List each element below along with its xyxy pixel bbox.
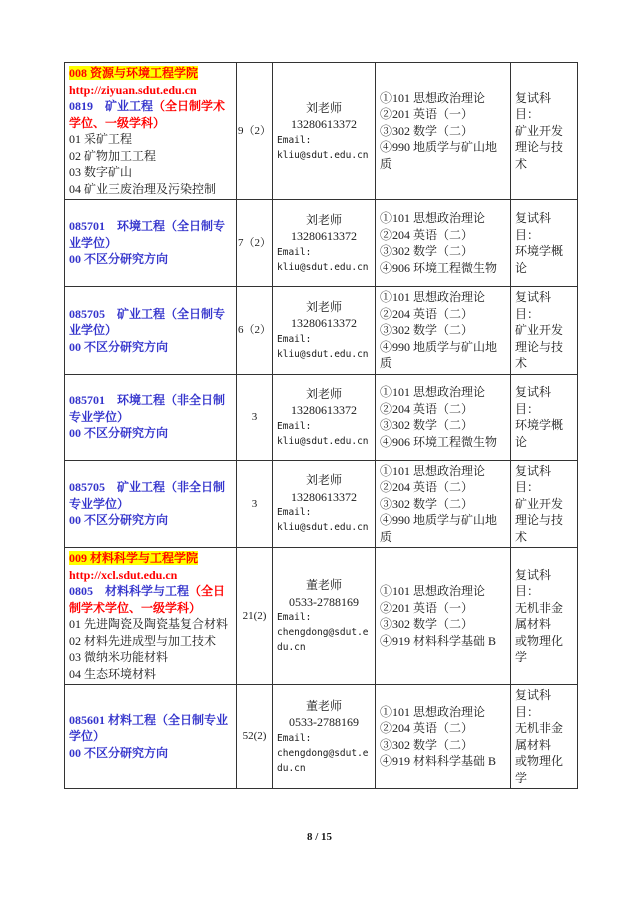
program-title: 085701 环境工程（全日制专业学位） xyxy=(69,218,232,251)
research-direction: 00 不区分研究方向 xyxy=(69,745,232,762)
contact-cell: 刘老师 13280613372 Email: kliu@sdut.edu.cn xyxy=(273,63,376,200)
retest-subject: 矿业开发理论与技术 xyxy=(515,496,573,546)
email-address: kliu@sdut.edu.cn xyxy=(277,434,371,449)
email-label: Email: xyxy=(277,245,371,260)
program-title: 0805 材料科学与工程（全日制学术学位、一级学科） xyxy=(69,583,232,616)
program-cell: 085601 材料工程（全日制专业学位） 00 不区分研究方向 xyxy=(65,685,237,789)
research-direction: 02 材料先进成型与加工技术 xyxy=(69,633,232,650)
exam-subject: ③302 数学（二） xyxy=(380,123,506,140)
contact-phone: 13280613372 xyxy=(277,402,371,419)
retest-subject: 环境学概论 xyxy=(515,243,573,276)
subjects-cell: ①101 思想政治理论 ②201 英语（一） ③302 数学（二） ④919 材… xyxy=(376,548,511,685)
exam-subject: ④990 地质学与矿山地质 xyxy=(380,139,506,172)
contact-cell: 刘老师 13280613372 Email: kliu@sdut.edu.cn xyxy=(273,287,376,375)
retest-label: 复试科目： xyxy=(515,463,573,496)
contact-cell: 刘老师 13280613372 Email: kliu@sdut.edu.cn xyxy=(273,374,376,460)
subjects-cell: ①101 思想政治理论 ②204 英语（二） ③302 数学（二） ④990 地… xyxy=(376,287,511,375)
exam-subject: ②204 英语（二） xyxy=(380,401,506,418)
retest-subject: 或物理化学 xyxy=(515,753,573,786)
contact-cell: 董老师 0533-2788169 Email: chengdong@sdut.e… xyxy=(273,548,376,685)
exam-subject: ①101 思想政治理论 xyxy=(380,289,506,306)
contact-phone: 13280613372 xyxy=(277,116,371,133)
department-header: 009 材料科学与工程学院 xyxy=(69,550,232,567)
contact-phone: 13280613372 xyxy=(277,489,371,506)
retest-label: 复试科目： xyxy=(515,289,573,322)
exam-subject: ①101 思想政治理论 xyxy=(380,463,506,480)
contact-name: 刘老师 xyxy=(277,386,371,403)
department-header: 008 资源与环境工程学院 xyxy=(69,65,232,82)
program-title: 085601 材料工程（全日制专业学位） xyxy=(69,712,232,745)
quota-cell: 7（2） xyxy=(237,200,273,287)
page-number: 8 / 15 xyxy=(0,831,639,843)
retest-label: 复试科目： xyxy=(515,90,573,123)
program-cell: 085701 环境工程（全日制专业学位） 00 不区分研究方向 xyxy=(65,200,237,287)
contact-name: 刘老师 xyxy=(277,212,371,229)
retest-cell: 复试科目： 矿业开发理论与技术 xyxy=(511,63,578,200)
quota-cell: 9（2） xyxy=(237,63,273,200)
exam-subject: ④906 环境工程微生物 xyxy=(380,260,506,277)
retest-label: 复试科目： xyxy=(515,567,573,600)
program-title: 0819 矿业工程（全日制学术学位、一级学科） xyxy=(69,98,232,131)
email-label: Email: xyxy=(277,505,371,520)
research-direction: 00 不区分研究方向 xyxy=(69,425,232,442)
retest-subject: 无机非金属材料 xyxy=(515,720,573,753)
exam-subject: ①101 思想政治理论 xyxy=(380,384,506,401)
research-direction: 04 生态环境材料 xyxy=(69,666,232,683)
contact-phone: 0533-2788169 xyxy=(277,714,371,731)
program-cell: 085705 矿业工程（全日制专业学位） 00 不区分研究方向 xyxy=(65,287,237,375)
retest-subject: 矿业开发理论与技术 xyxy=(515,322,573,372)
retest-cell: 复试科目： 矿业开发理论与技术 xyxy=(511,460,578,548)
program-cell: 085705 矿业工程（非全日制专业学位） 00 不区分研究方向 xyxy=(65,460,237,548)
exam-subject: ①101 思想政治理论 xyxy=(380,583,506,600)
retest-cell: 复试科目： 环境学概论 xyxy=(511,200,578,287)
contact-cell: 董老师 0533-2788169 Email: chengdong@sdut.e… xyxy=(273,685,376,789)
subjects-cell: ①101 思想政治理论 ②204 英语（二） ③302 数学（二） ④906 环… xyxy=(376,200,511,287)
research-direction: 04 矿业三废治理及污染控制 xyxy=(69,181,232,198)
exam-subject: ②204 英语（二） xyxy=(380,720,506,737)
table-row: 085705 矿业工程（非全日制专业学位） 00 不区分研究方向 3 刘老师 1… xyxy=(65,460,578,548)
research-direction: 00 不区分研究方向 xyxy=(69,339,232,356)
contact-phone: 0533-2788169 xyxy=(277,594,371,611)
exam-subject: ④906 环境工程微生物 xyxy=(380,434,506,451)
subjects-cell: ①101 思想政治理论 ②204 英语（二） ③302 数学（二） ④906 环… xyxy=(376,374,511,460)
quota-cell: 3 xyxy=(237,374,273,460)
contact-name: 董老师 xyxy=(277,698,371,715)
department-url: http://ziyuan.sdut.edu.cn xyxy=(69,82,232,99)
subjects-cell: ①101 思想政治理论 ②204 英语（二） ③302 数学（二） ④919 材… xyxy=(376,685,511,789)
email-label: Email: xyxy=(277,610,371,625)
exam-subject: ②204 英语（二） xyxy=(380,306,506,323)
email-label: Email: xyxy=(277,332,371,347)
retest-subject: 矿业开发理论与技术 xyxy=(515,123,573,173)
exam-subject: ②201 英语（一） xyxy=(380,600,506,617)
table-row: 008 资源与环境工程学院 http://ziyuan.sdut.edu.cn … xyxy=(65,63,578,200)
contact-phone: 13280613372 xyxy=(277,315,371,332)
contact-cell: 刘老师 13280613372 Email: kliu@sdut.edu.cn xyxy=(273,460,376,548)
exam-subject: ③302 数学（二） xyxy=(380,616,506,633)
exam-subject: ③302 数学（二） xyxy=(380,243,506,260)
research-direction: 03 微纳米功能材料 xyxy=(69,649,232,666)
exam-subject: ②204 英语（二） xyxy=(380,227,506,244)
retest-cell: 复试科目： 无机非金属材料 或物理化学 xyxy=(511,685,578,789)
retest-cell: 复试科目： 无机非金属材料 或物理化学 xyxy=(511,548,578,685)
research-direction: 01 采矿工程 xyxy=(69,131,232,148)
table-row: 085601 材料工程（全日制专业学位） 00 不区分研究方向 52(2) 董老… xyxy=(65,685,578,789)
admissions-table: 008 资源与环境工程学院 http://ziyuan.sdut.edu.cn … xyxy=(64,62,578,789)
retest-label: 复试科目： xyxy=(515,210,573,243)
program-cell: 008 资源与环境工程学院 http://ziyuan.sdut.edu.cn … xyxy=(65,63,237,200)
retest-cell: 复试科目： 环境学概论 xyxy=(511,374,578,460)
exam-subject: ④919 材料科学基础 B xyxy=(380,753,506,770)
program-title: 085705 矿业工程（全日制专业学位） xyxy=(69,306,232,339)
program-title: 085705 矿业工程（非全日制专业学位） xyxy=(69,479,232,512)
exam-subject: ③302 数学（二） xyxy=(380,737,506,754)
research-direction: 02 矿物加工工程 xyxy=(69,148,232,165)
table-row: 085701 环境工程（全日制专业学位） 00 不区分研究方向 7（2） 刘老师… xyxy=(65,200,578,287)
email-label: Email: xyxy=(277,133,371,148)
exam-subject: ③302 数学（二） xyxy=(380,322,506,339)
program-cell: 009 材料科学与工程学院 http://xcl.sdut.edu.cn 080… xyxy=(65,548,237,685)
exam-subject: ①101 思想政治理论 xyxy=(380,210,506,227)
program-title: 085701 环境工程（非全日制专业学位） xyxy=(69,392,232,425)
quota-cell: 6（2） xyxy=(237,287,273,375)
subjects-cell: ①101 思想政治理论 ②204 英语（二） ③302 数学（二） ④990 地… xyxy=(376,460,511,548)
email-address: kliu@sdut.edu.cn xyxy=(277,260,371,275)
exam-subject: ④990 地质学与矿山地质 xyxy=(380,512,506,545)
contact-name: 刘老师 xyxy=(277,100,371,117)
research-direction: 03 数字矿山 xyxy=(69,164,232,181)
research-direction: 00 不区分研究方向 xyxy=(69,512,232,529)
retest-label: 复试科目： xyxy=(515,687,573,720)
retest-subject: 无机非金属材料 xyxy=(515,600,573,633)
retest-subject: 或物理化学 xyxy=(515,633,573,666)
exam-subject: ④990 地质学与矿山地质 xyxy=(380,339,506,372)
email-address: kliu@sdut.edu.cn xyxy=(277,347,371,362)
exam-subject: ③302 数学（二） xyxy=(380,496,506,513)
exam-subject: ①101 思想政治理论 xyxy=(380,704,506,721)
exam-subject: ④919 材料科学基础 B xyxy=(380,633,506,650)
quota-cell: 3 xyxy=(237,460,273,548)
exam-subject: ①101 思想政治理论 xyxy=(380,90,506,107)
table-row: 009 材料科学与工程学院 http://xcl.sdut.edu.cn 080… xyxy=(65,548,578,685)
retest-cell: 复试科目： 矿业开发理论与技术 xyxy=(511,287,578,375)
exam-subject: ②204 英语（二） xyxy=(380,479,506,496)
email-label: Email: xyxy=(277,419,371,434)
contact-name: 董老师 xyxy=(277,577,371,594)
email-label: Email: xyxy=(277,731,371,746)
email-address: kliu@sdut.edu.cn xyxy=(277,148,371,163)
email-address: chengdong@sdut.edu.cn xyxy=(277,746,371,776)
email-address: kliu@sdut.edu.cn xyxy=(277,520,371,535)
quota-cell: 52(2) xyxy=(237,685,273,789)
contact-phone: 13280613372 xyxy=(277,228,371,245)
research-direction: 01 先进陶瓷及陶瓷基复合材料 xyxy=(69,616,232,633)
retest-label: 复试科目： xyxy=(515,384,573,417)
retest-subject: 环境学概论 xyxy=(515,417,573,450)
exam-subject: ②201 英语（一） xyxy=(380,106,506,123)
program-cell: 085701 环境工程（非全日制专业学位） 00 不区分研究方向 xyxy=(65,374,237,460)
subjects-cell: ①101 思想政治理论 ②201 英语（一） ③302 数学（二） ④990 地… xyxy=(376,63,511,200)
email-address: chengdong@sdut.edu.cn xyxy=(277,625,371,655)
department-url: http://xcl.sdut.edu.cn xyxy=(69,567,232,584)
contact-name: 刘老师 xyxy=(277,299,371,316)
contact-cell: 刘老师 13280613372 Email: kliu@sdut.edu.cn xyxy=(273,200,376,287)
quota-cell: 21(2) xyxy=(237,548,273,685)
exam-subject: ③302 数学（二） xyxy=(380,417,506,434)
research-direction: 00 不区分研究方向 xyxy=(69,251,232,268)
table-row: 085705 矿业工程（全日制专业学位） 00 不区分研究方向 6（2） 刘老师… xyxy=(65,287,578,375)
contact-name: 刘老师 xyxy=(277,472,371,489)
table-row: 085701 环境工程（非全日制专业学位） 00 不区分研究方向 3 刘老师 1… xyxy=(65,374,578,460)
